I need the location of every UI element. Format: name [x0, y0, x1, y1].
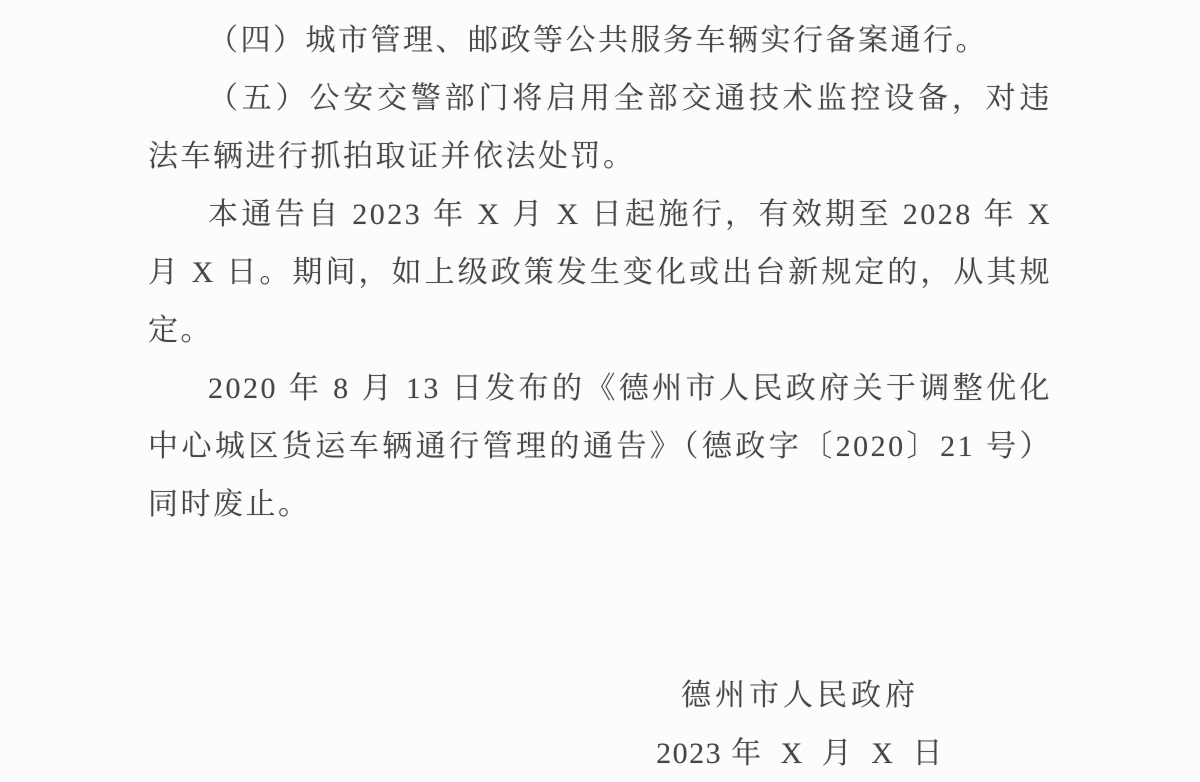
paragraph-effective-period: 本通告自 2023 年 X 月 X 日起施行，有效期至 2028 年 X 月 X…: [148, 186, 1052, 360]
paragraph-item-5: （五）公安交警部门将启用全部交通技术监控设备，对违法车辆进行抓拍取证并依法处罚。: [148, 70, 1052, 186]
signature-issuer: 德州市人民政府: [600, 667, 1000, 725]
paragraph-repeal-notice: 2020 年 8 月 13 日发布的《德州市人民政府关于调整优化中心城区货运车辆…: [148, 360, 1052, 534]
paragraph-item-4: （四）城市管理、邮政等公共服务车辆实行备案通行。: [148, 12, 1052, 70]
notice-body: （四）城市管理、邮政等公共服务车辆实行备案通行。 （五）公安交警部门将启用全部交…: [148, 12, 1052, 534]
signature-block: 德州市人民政府 2023 年 X 月 X 日: [600, 667, 1000, 782]
signature-date: 2023 年 X 月 X 日: [600, 725, 1000, 782]
document-page: （四）城市管理、邮政等公共服务车辆实行备案通行。 （五）公安交警部门将启用全部交…: [0, 0, 1200, 782]
